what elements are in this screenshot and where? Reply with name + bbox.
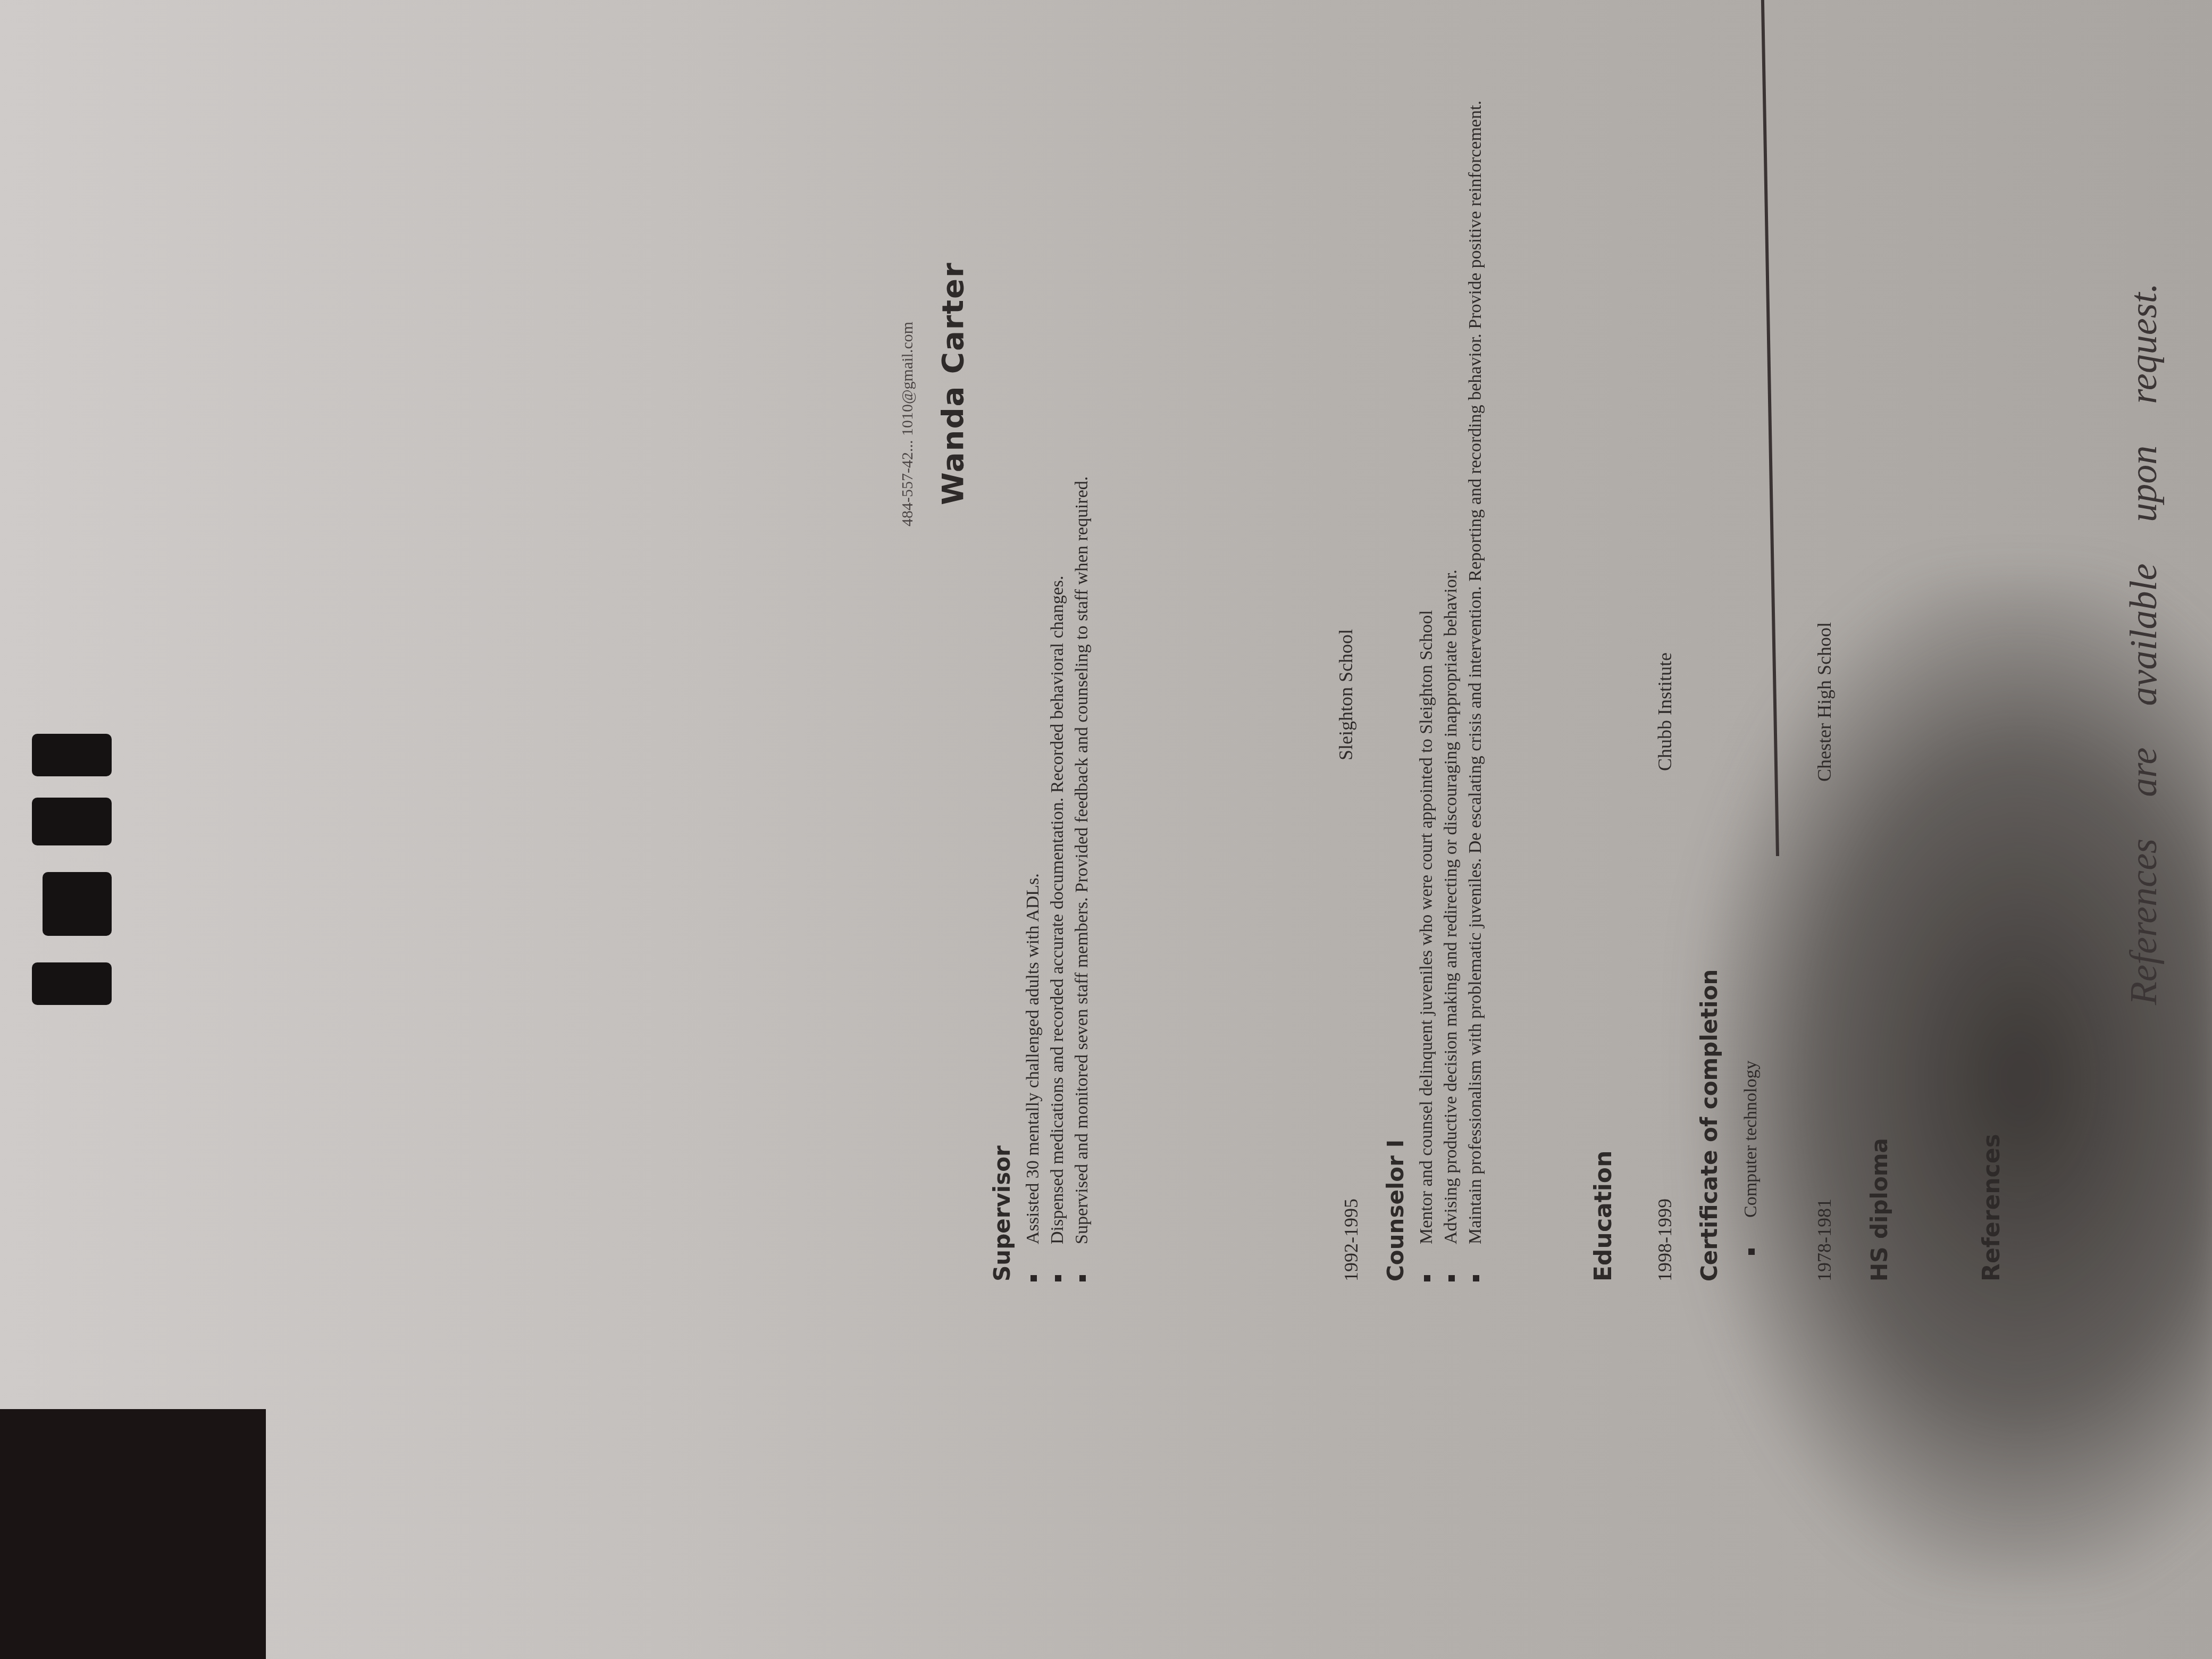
divider	[1758, 0, 1779, 856]
desk-edge	[0, 1409, 266, 1659]
bullet-icon	[1424, 1275, 1430, 1281]
list-item: Assisted 30 mentally challenged adults w…	[1021, 0, 1045, 1281]
contact-line: 484-557-42... 1010@gmail.com	[899, 322, 917, 526]
list-item: Advising productive decision making and …	[1439, 0, 1463, 1281]
list-item: Maintain professionalism with problemati…	[1463, 0, 1488, 1281]
school-name: Chubb Institute	[1654, 652, 1676, 771]
certificate-bullets: Computer technology	[1739, 776, 1763, 1255]
employer: Sleighton School	[1335, 629, 1357, 760]
section-heading-references: References	[1978, 1134, 2005, 1281]
resume-page: 484-557-42... 1010@gmail.com Wanda Carte…	[824, 0, 2212, 1356]
job-dates: 1992-1995	[1340, 1199, 1362, 1281]
job-title-counselor: Counselor I	[1382, 1139, 1409, 1281]
list-item: Computer technology	[1739, 776, 1763, 1255]
list-item: Dispensed medications and recorded accur…	[1045, 0, 1070, 1281]
credential: Certificate of completion	[1696, 969, 1722, 1282]
education-dates: 1998-1999	[1654, 1199, 1676, 1281]
bullet-icon	[1030, 1275, 1037, 1281]
list-item: Mentor and counsel delinquent juveniles …	[1414, 0, 1439, 1281]
counselor-bullets: Mentor and counsel delinquent juveniles …	[1414, 0, 1488, 1281]
education-dates: 1978-1981	[1813, 1199, 1836, 1281]
school-name: Chester High School	[1813, 622, 1836, 782]
section-heading-education: Education	[1590, 1151, 1617, 1281]
bullet-icon	[1748, 1249, 1755, 1255]
bullet-icon	[1473, 1275, 1479, 1281]
binder-clip	[32, 734, 117, 1032]
supervisor-bullets: Assisted 30 mentally challenged adults w…	[1021, 0, 1094, 1281]
bullet-icon	[1448, 1275, 1455, 1281]
list-item: Supervised and monitored seven staff mem…	[1070, 0, 1094, 1281]
job-title-supervisor: Supervisor	[989, 1145, 1015, 1281]
credential: HS diploma	[1866, 1138, 1892, 1281]
bullet-icon	[1055, 1275, 1061, 1281]
candidate-name: Wanda Carter	[936, 262, 970, 505]
references-text: References are available upon request.	[2122, 283, 2166, 1005]
bullet-icon	[1079, 1275, 1086, 1281]
